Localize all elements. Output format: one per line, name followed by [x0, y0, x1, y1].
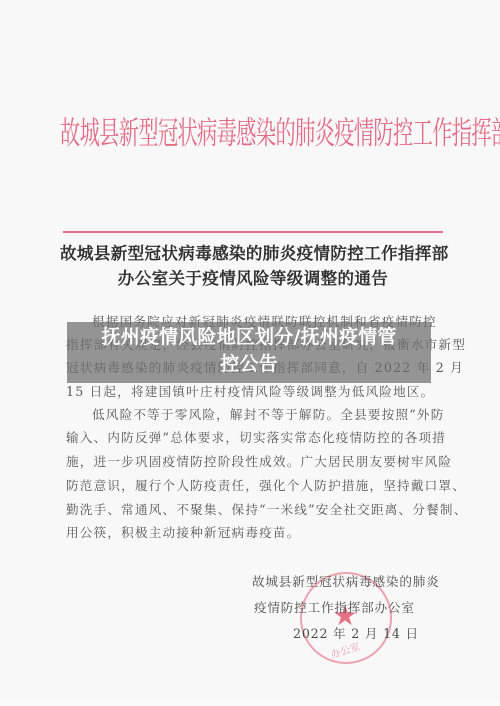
red-header-title: 故城县新型冠状病毒感染的肺炎疫情防控工作指挥部办公室 — [60, 108, 446, 153]
signature-org-line-1: 故城县新型冠状病毒感染的肺炎 — [252, 571, 440, 590]
signature-date: 2022 年 2 月 14 日 — [293, 623, 419, 642]
signature-org-line-2: 疫情防控工作指挥部办公室 — [254, 597, 415, 616]
bottom-edge — [0, 700, 500, 706]
paragraph-2-line-1: 低风险不等于零风险，解封不等于解防。全县要按照“外防 — [92, 407, 442, 423]
paragraph-1-line-4: 15 日起，将建国镇叶庄村疫情风险等级调整为低风险地区。 — [66, 384, 442, 400]
paragraph-2-line-5: 勤洗手、常通风、不聚集、保持“一米线”安全社交距离、分餐制、 — [66, 502, 442, 518]
paragraph-2-line-3: 施，进一步巩固疫情防控阶段性成效。广大居民朋友要树牢风险 — [66, 454, 442, 470]
red-divider-rule — [63, 231, 443, 233]
paragraph-2-line-6: 用公筷，积极主动接种新冠病毒疫苗。 — [66, 525, 442, 541]
notice-title-line-2: 办公室关于疫情风险等级调整的通告 — [60, 265, 446, 289]
paragraph-2-line-2: 输入、内防反弹”总体要求，切实落实常态化疫情防控的各项措 — [66, 430, 442, 446]
notice-title-line-1: 故城县新型冠状病毒感染的肺炎疫情防控工作指挥部 — [60, 240, 446, 264]
caption-line-1: 抚州疫情风险地区划分/抚州疫情管 — [67, 324, 431, 351]
document-page: 故城县新型冠状病毒感染的肺炎疫情防控工作指挥部办公室 故城县新型冠状病毒感染的肺… — [0, 0, 500, 706]
caption-overlay-title: 抚州疫情风险地区划分/抚州疫情管 控公告 — [67, 324, 431, 378]
paragraph-2-line-4: 防范意识，履行个人防疫责任，强化个人防护措施，坚持戴口罩、 — [66, 478, 442, 494]
caption-line-2: 控公告 — [67, 351, 431, 378]
